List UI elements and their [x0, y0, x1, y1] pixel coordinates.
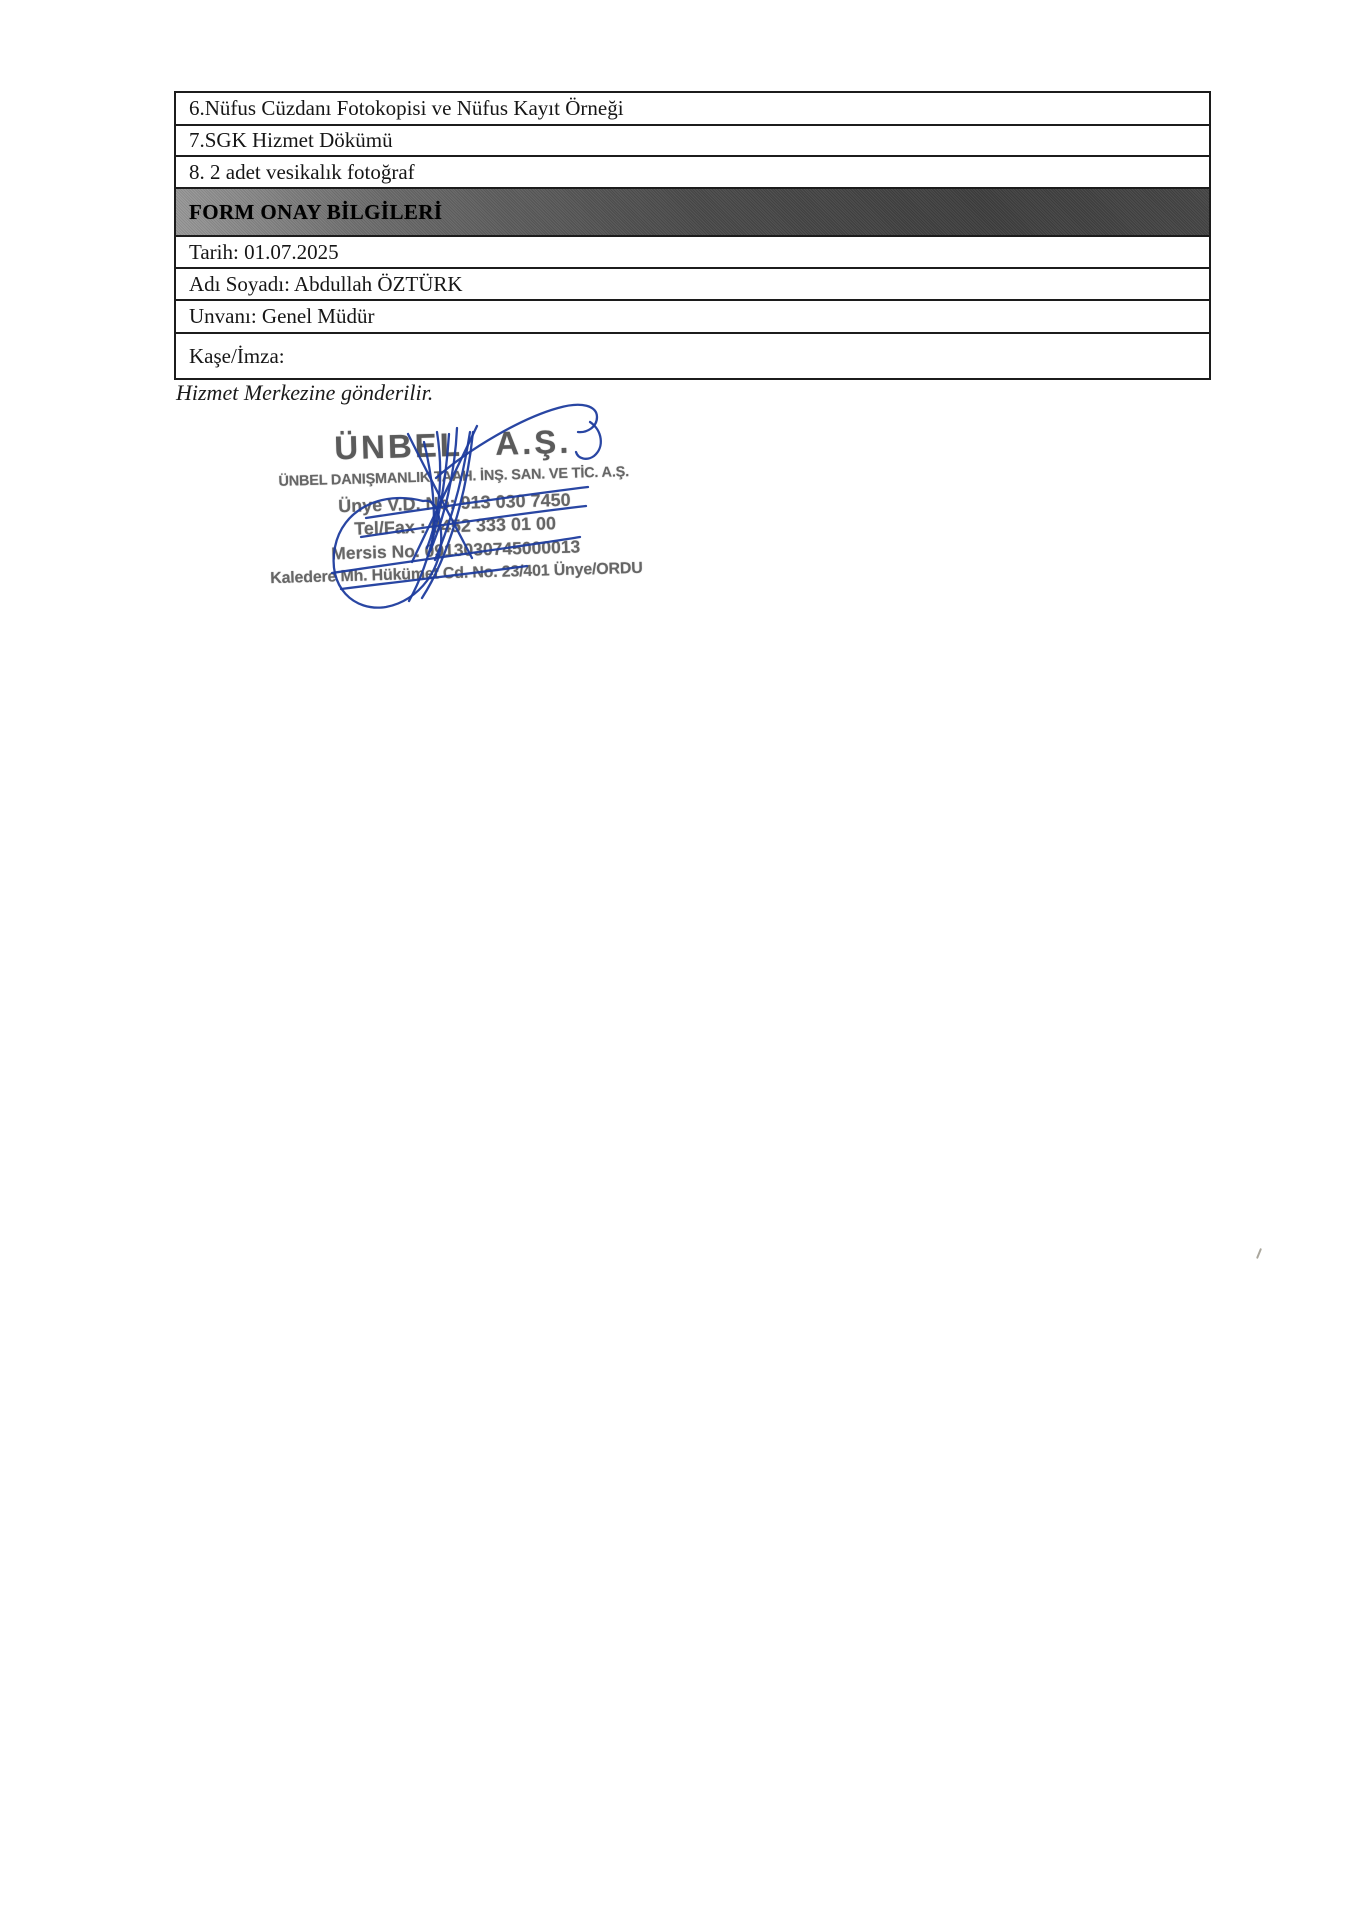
row-text: 6.Nüfus Cüzdanı Fotokopisi ve Nüfus Kayı…: [189, 96, 624, 121]
table-row-adi-soyadi: Adı Soyadı: Abdullah ÖZTÜRK: [176, 269, 1209, 301]
signature-ink: [240, 320, 610, 620]
table-row-checklist-7: 7.SGK Hizmet Dökümü: [176, 126, 1209, 157]
row-text: Tarih: 01.07.2025: [189, 240, 339, 265]
table-row-checklist-6: 6.Nüfus Cüzdanı Fotokopisi ve Nüfus Kayı…: [176, 93, 1209, 126]
row-text: 7.SGK Hizmet Dökümü: [189, 128, 393, 153]
section-header-form-onay: FORM ONAY BİLGİLERİ: [176, 189, 1209, 237]
scan-artifact-mark: [1256, 1248, 1262, 1259]
table-row-checklist-8: 8. 2 adet vesikalık fotoğraf: [176, 157, 1209, 189]
row-text: 8. 2 adet vesikalık fotoğraf: [189, 160, 415, 185]
row-text: Adı Soyadı: Abdullah ÖZTÜRK: [189, 272, 463, 297]
scanned-document-page: { "table": { "checklist": [ "6.Nüfus Cüz…: [0, 0, 1357, 1920]
table-row-tarih: Tarih: 01.07.2025: [176, 237, 1209, 269]
section-header-text: FORM ONAY BİLGİLERİ: [189, 200, 442, 225]
